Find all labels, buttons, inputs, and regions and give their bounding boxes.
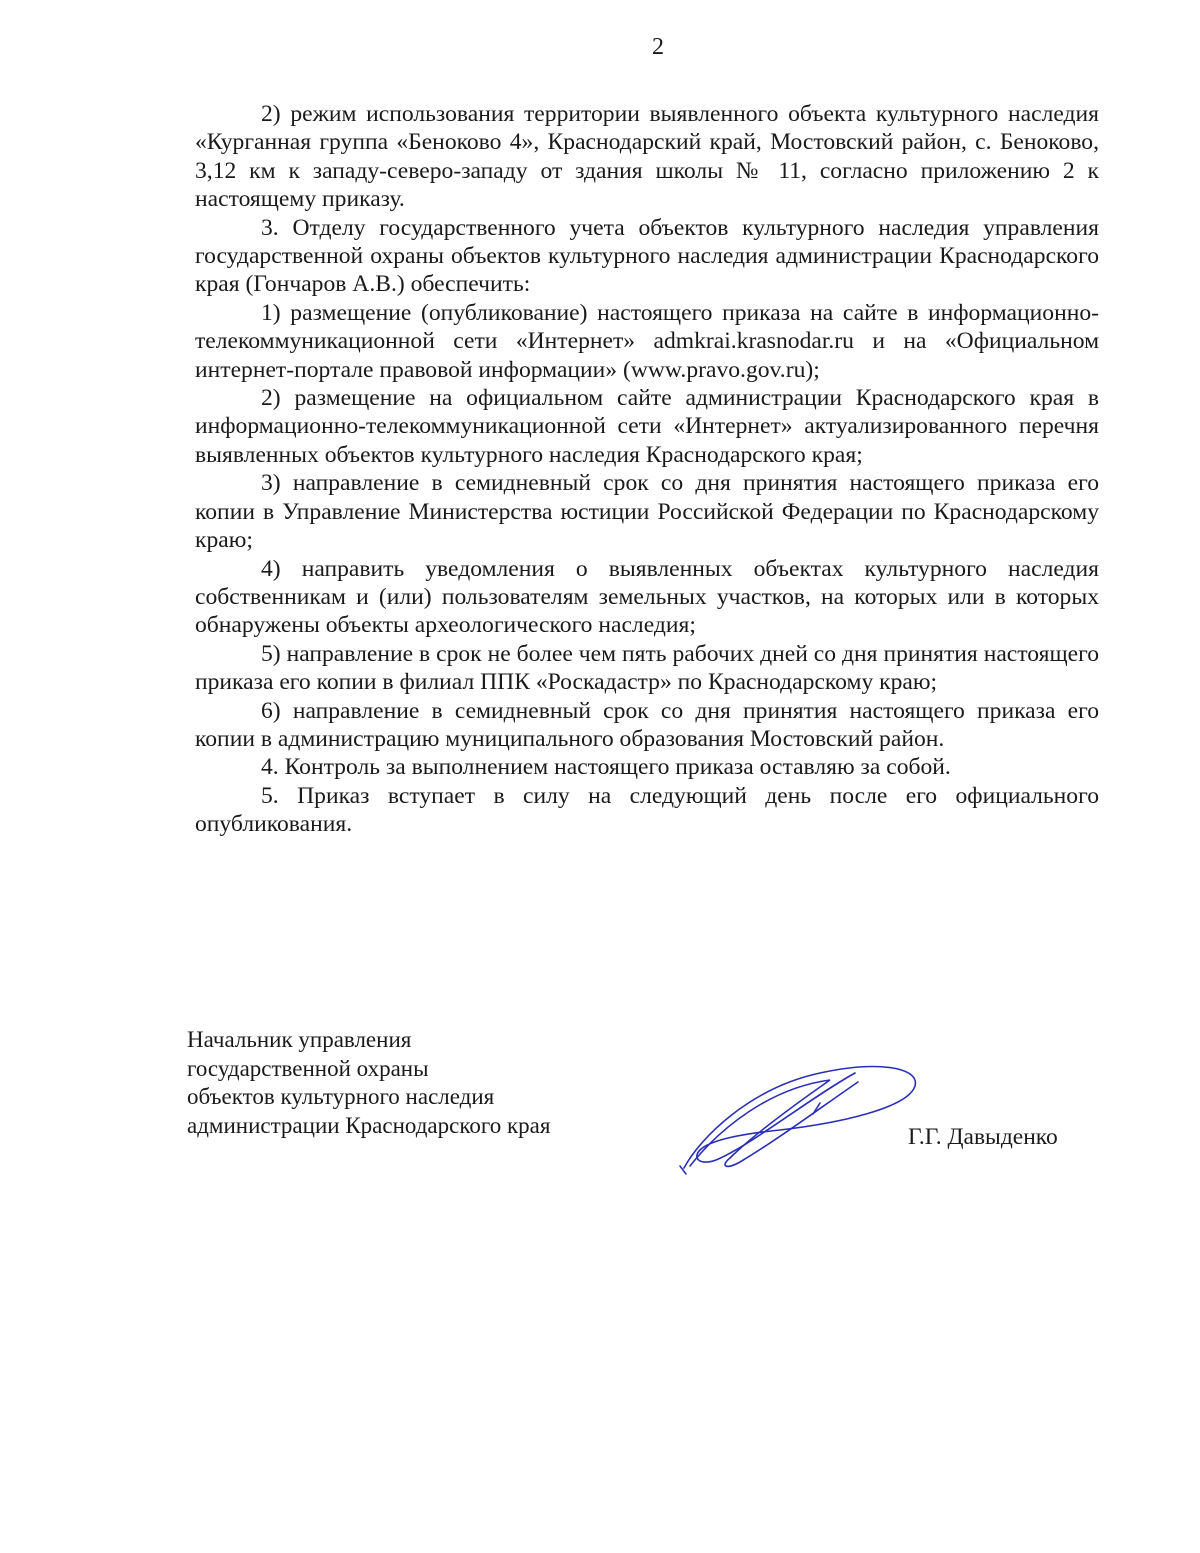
- signer-position: Начальник управления государственной охр…: [187, 1026, 627, 1140]
- paragraph-subitem-1: 1) размещение (опубликование) настоящего…: [195, 299, 1099, 384]
- paragraph-item-3: 3. Отделу государственного учета объекто…: [195, 214, 1099, 299]
- paragraph-regime: 2) режим использования территории выявле…: [195, 100, 1099, 214]
- position-line: объектов культурного наследия: [187, 1083, 627, 1112]
- document-body: 2) режим использования территории выявле…: [195, 100, 1099, 839]
- signer-name: Г.Г. Давыденко: [908, 1124, 1058, 1151]
- position-line: государственной охраны: [187, 1055, 627, 1084]
- paragraph-subitem-4: 4) направить уведомления о выявленных об…: [195, 555, 1099, 640]
- paragraph-item-4: 4. Контроль за выполнением настоящего пр…: [195, 753, 1099, 781]
- position-line: администрации Краснодарского края: [187, 1112, 627, 1141]
- paragraph-subitem-2: 2) размещение на официальном сайте админ…: [195, 384, 1099, 469]
- paragraph-subitem-6: 6) направление в семидневный срок со дня…: [195, 697, 1099, 754]
- paragraph-item-5: 5. Приказ вступает в силу на следующий д…: [195, 782, 1099, 839]
- paragraph-subitem-5: 5) направление в срок не более чем пять …: [195, 640, 1099, 697]
- page-number: 2: [0, 34, 1200, 61]
- position-line: Начальник управления: [187, 1026, 627, 1055]
- handwritten-signature-icon: [670, 1048, 930, 1178]
- paragraph-subitem-3: 3) направление в семидневный срок со дня…: [195, 469, 1099, 554]
